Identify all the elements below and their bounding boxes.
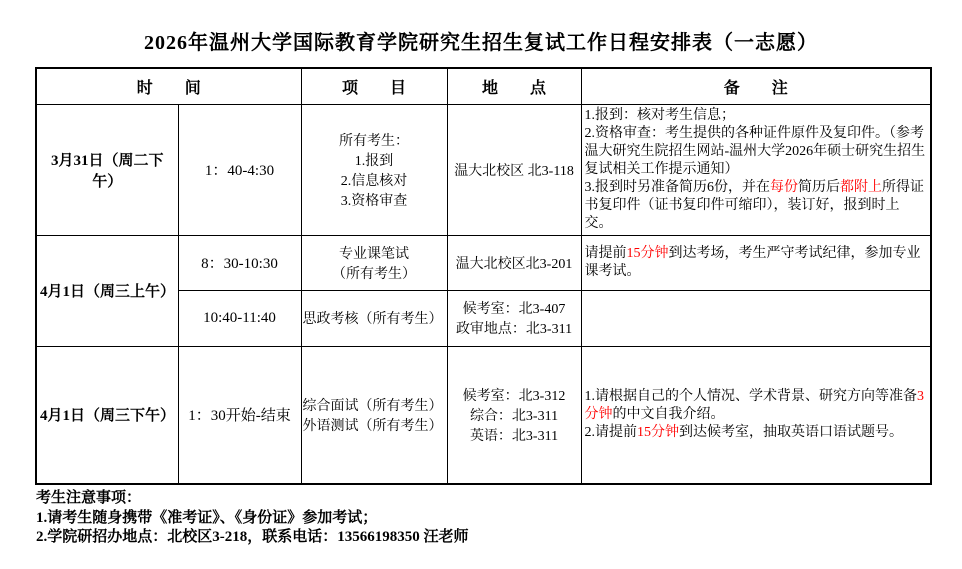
header-row: 时 间 项 目 地 点 备 注: [36, 68, 931, 104]
cell-date-mar31: 3月31日（周二下午）: [36, 104, 178, 235]
cell-time-political-review: 10:40-11:40: [178, 290, 301, 346]
cell-note-political-review: [581, 290, 931, 346]
cell-note-mar31: 1.报到：核对考生信息；2.资格审查：考生提供的各种证件原件及复印件。（参考温大…: [581, 104, 931, 235]
cell-location-written-exam: 温大北校区北3-201: [447, 235, 581, 290]
row-mar31: 3月31日（周二下午） 1：40-4:30 所有考生：1.报到2.信息核对3.资…: [36, 104, 931, 235]
header-location: 地 点: [447, 68, 581, 104]
cell-project-interview: 综合面试（所有考生）外语测试（所有考生）: [301, 346, 447, 484]
document-page: 2026年温州大学国际教育学院研究生招生复试工作日程安排表（一志愿） 时 间 项…: [0, 0, 962, 569]
cell-project-written-exam: 专业课笔试（所有考生）: [301, 235, 447, 290]
candidate-notes-item-1: 1.请考生随身携带《准考证》、《身份证》参加考试；: [36, 509, 936, 529]
cell-location-mar31: 温大北校区 北3-118: [447, 104, 581, 235]
cell-time-written-exam: 8：30-10:30: [178, 235, 301, 290]
page-title: 2026年温州大学国际教育学院研究生招生复试工作日程安排表（一志愿）: [0, 26, 962, 55]
cell-location-interview: 候考室：北3-312综合：北3-311英语：北3-311: [447, 346, 581, 484]
cell-note-written-exam: 请提前15分钟到达考场，考生严守考试纪律，参加专业课考试。: [581, 235, 931, 290]
cell-date-apr1-am: 4月1日（周三上午）: [36, 235, 178, 346]
cell-location-political-review: 候考室：北3-407政审地点：北3-311: [447, 290, 581, 346]
cell-date-apr1-pm: 4月1日（周三下午）: [36, 346, 178, 484]
header-project: 项 目: [301, 68, 447, 104]
cell-project-registration: 所有考生：1.报到2.信息核对3.资格审查: [301, 104, 447, 235]
cell-project-political-review: 思政考核（所有考生）: [301, 290, 447, 346]
candidate-notes-heading: 考生注意事项：: [36, 489, 936, 509]
cell-time-mar31: 1：40-4:30: [178, 104, 301, 235]
schedule-table: 时 间 项 目 地 点 备 注 3月31日（周二下午） 1：40-4:30 所有…: [35, 67, 932, 485]
cell-time-interview: 1：30开始-结束: [178, 346, 301, 484]
row-apr1-am-1: 4月1日（周三上午） 8：30-10:30 专业课笔试（所有考生） 温大北校区北…: [36, 235, 931, 290]
cell-note-interview: 1.请根据自己的个人情况、学术背景、研究方向等准备3分钟的中文自我介绍。2.请提…: [581, 346, 931, 484]
header-note: 备 注: [581, 68, 931, 104]
header-time: 时 间: [36, 68, 301, 104]
candidate-notes: 考生注意事项： 1.请考生随身携带《准考证》、《身份证》参加考试； 2.学院研招…: [36, 489, 936, 548]
candidate-notes-item-2: 2.学院研招办地点：北校区3-218，联系电话：13566198350 汪老师: [36, 528, 936, 548]
row-apr1-pm: 4月1日（周三下午） 1：30开始-结束 综合面试（所有考生）外语测试（所有考生…: [36, 346, 931, 484]
